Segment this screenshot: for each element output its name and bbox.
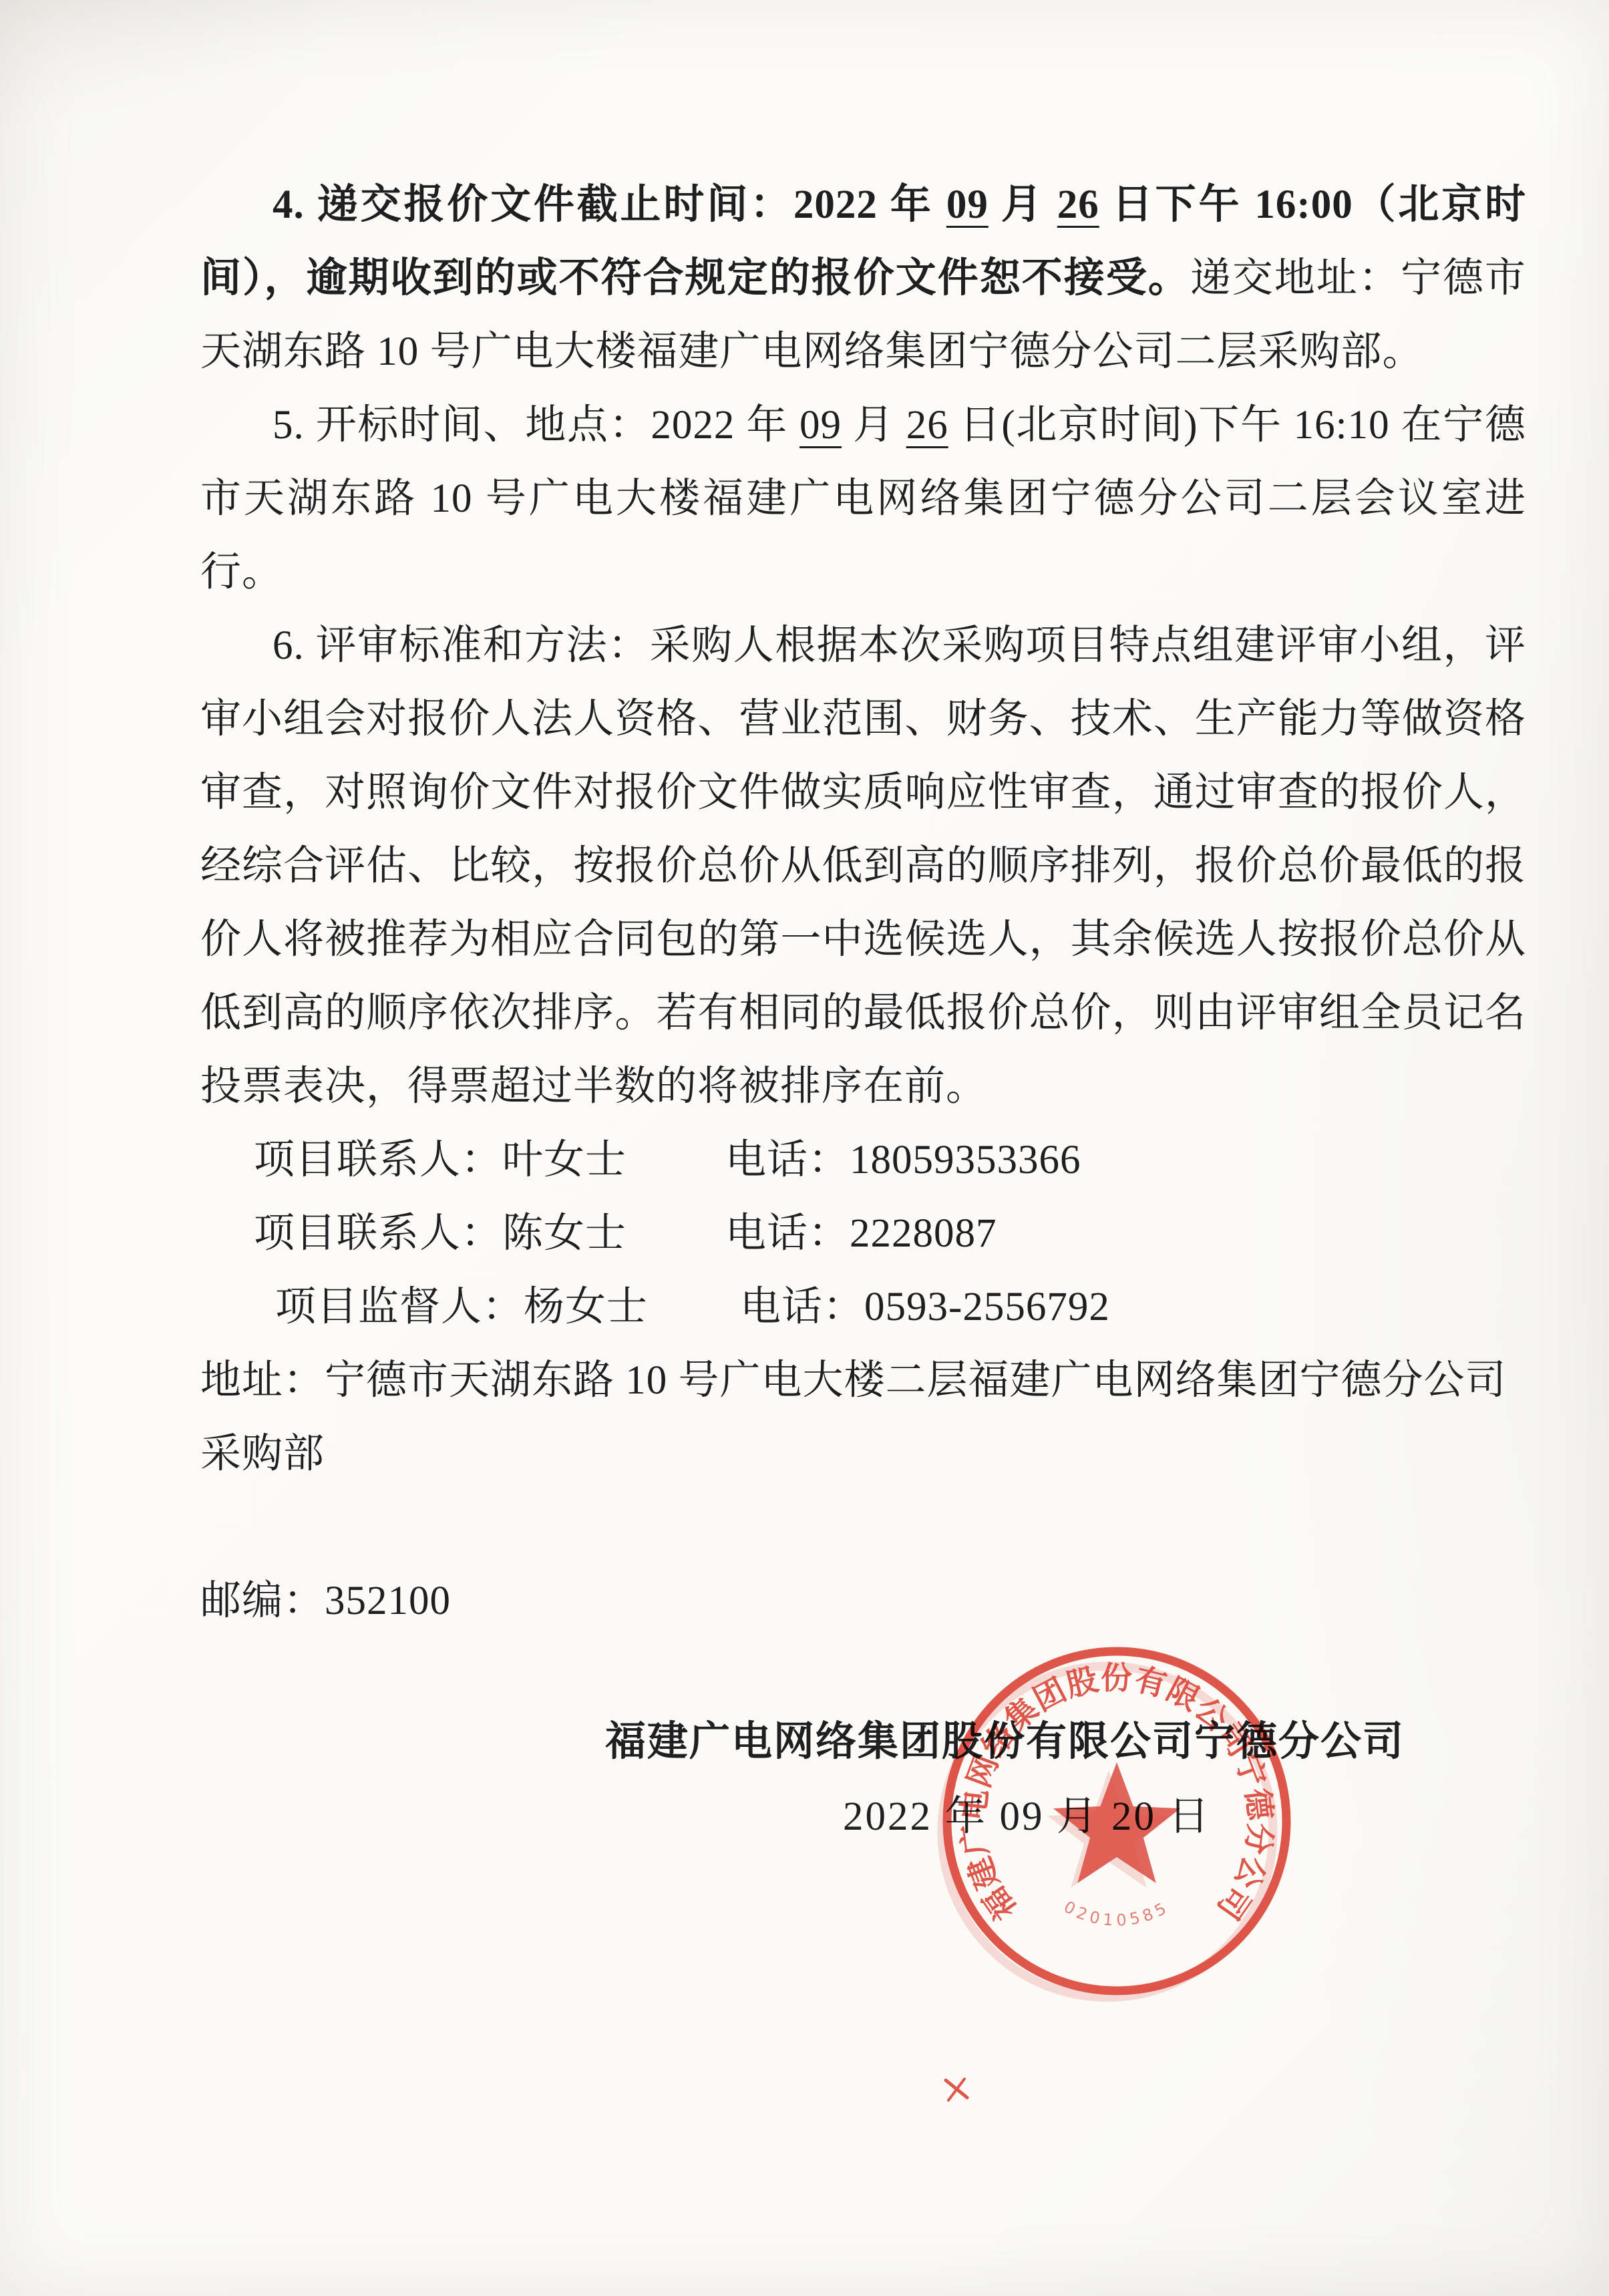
paragraph-evaluation-method: 6. 评审标准和方法：采购人根据本次采购项目特点组建评审小组，评审小组会对报价人… xyxy=(200,609,1526,1124)
paragraph-bid-opening: 5. 开标时间、地点：2022 年 09 月 26 日(北京时间)下午 16:1… xyxy=(200,389,1526,609)
company-address-line1: 地址：宁德市天湖东路 10 号广电大楼二层福建广电网络集团宁德分公司 xyxy=(200,1344,1526,1418)
deadline-month-underlined: 09 xyxy=(946,182,989,227)
contact-row-1: 项目联系人：叶女士 电话：18059353366 xyxy=(200,1124,1526,1197)
signature-block: 福建广电网络集团股份有限公司宁德分公司 2022 年 09 月 20 日 xyxy=(200,1705,1526,1854)
company-address-line2: 采购部 xyxy=(200,1418,1526,1491)
opening-day-underlined: 26 xyxy=(906,403,948,448)
supervisor-phone-label: 电话： xyxy=(740,1285,864,1329)
contact-2-phone-label: 电话： xyxy=(725,1211,850,1256)
contact-2-phone: 2228087 xyxy=(850,1211,997,1256)
contact-1-phone-label: 电话： xyxy=(725,1138,850,1182)
deadline-day-underlined: 26 xyxy=(1057,182,1099,227)
signing-company-name: 福建广电网络集团股份有限公司宁德分公司 xyxy=(200,1705,1526,1780)
contact-1-phone: 18059353366 xyxy=(850,1138,1081,1182)
contact-1-role: 项目联系人： xyxy=(254,1138,502,1182)
supervisor-name: 杨女士 xyxy=(524,1285,648,1329)
deadline-sep: 月 xyxy=(989,182,1057,227)
red-ink-mark xyxy=(942,2076,971,2103)
contact-row-2: 项目联系人：陈女士 电话：2228087 xyxy=(200,1197,1526,1271)
opening-month-underlined: 09 xyxy=(799,403,842,448)
stamp-serial-wrap: 02010585 xyxy=(1061,1897,1173,1930)
scanned-document-page: 4. 递交报价文件截止时间：2022 年 09 月 26 日下午 16:00（北… xyxy=(0,0,1609,2296)
contact-row-3: 项目监督人：杨女士 电话：0593-2556792 xyxy=(200,1271,1526,1344)
opening-sep: 月 xyxy=(842,403,906,448)
paragraph-submission-deadline: 4. 递交报价文件截止时间：2022 年 09 月 26 日下午 16:00（北… xyxy=(200,168,1526,389)
blank-line xyxy=(200,1491,1526,1565)
document-body: 4. 递交报价文件截止时间：2022 年 09 月 26 日下午 16:00（北… xyxy=(200,168,1526,1638)
signing-date: 2022 年 09 月 20 日 xyxy=(200,1780,1526,1854)
supervisor-role: 项目监督人： xyxy=(275,1285,524,1329)
stamp-serial-number: 02010585 xyxy=(1061,1897,1173,1930)
contact-2-role: 项目联系人： xyxy=(254,1211,502,1256)
deadline-text: 4. 递交报价文件截止时间：2022 年 xyxy=(273,182,946,227)
postal-code: 邮编：352100 xyxy=(200,1565,1526,1638)
supervisor-phone: 0593-2556792 xyxy=(864,1285,1110,1329)
contact-2-name: 陈女士 xyxy=(502,1211,627,1256)
contact-1-name: 叶女士 xyxy=(502,1138,627,1182)
opening-text: 5. 开标时间、地点：2022 年 xyxy=(273,403,799,448)
